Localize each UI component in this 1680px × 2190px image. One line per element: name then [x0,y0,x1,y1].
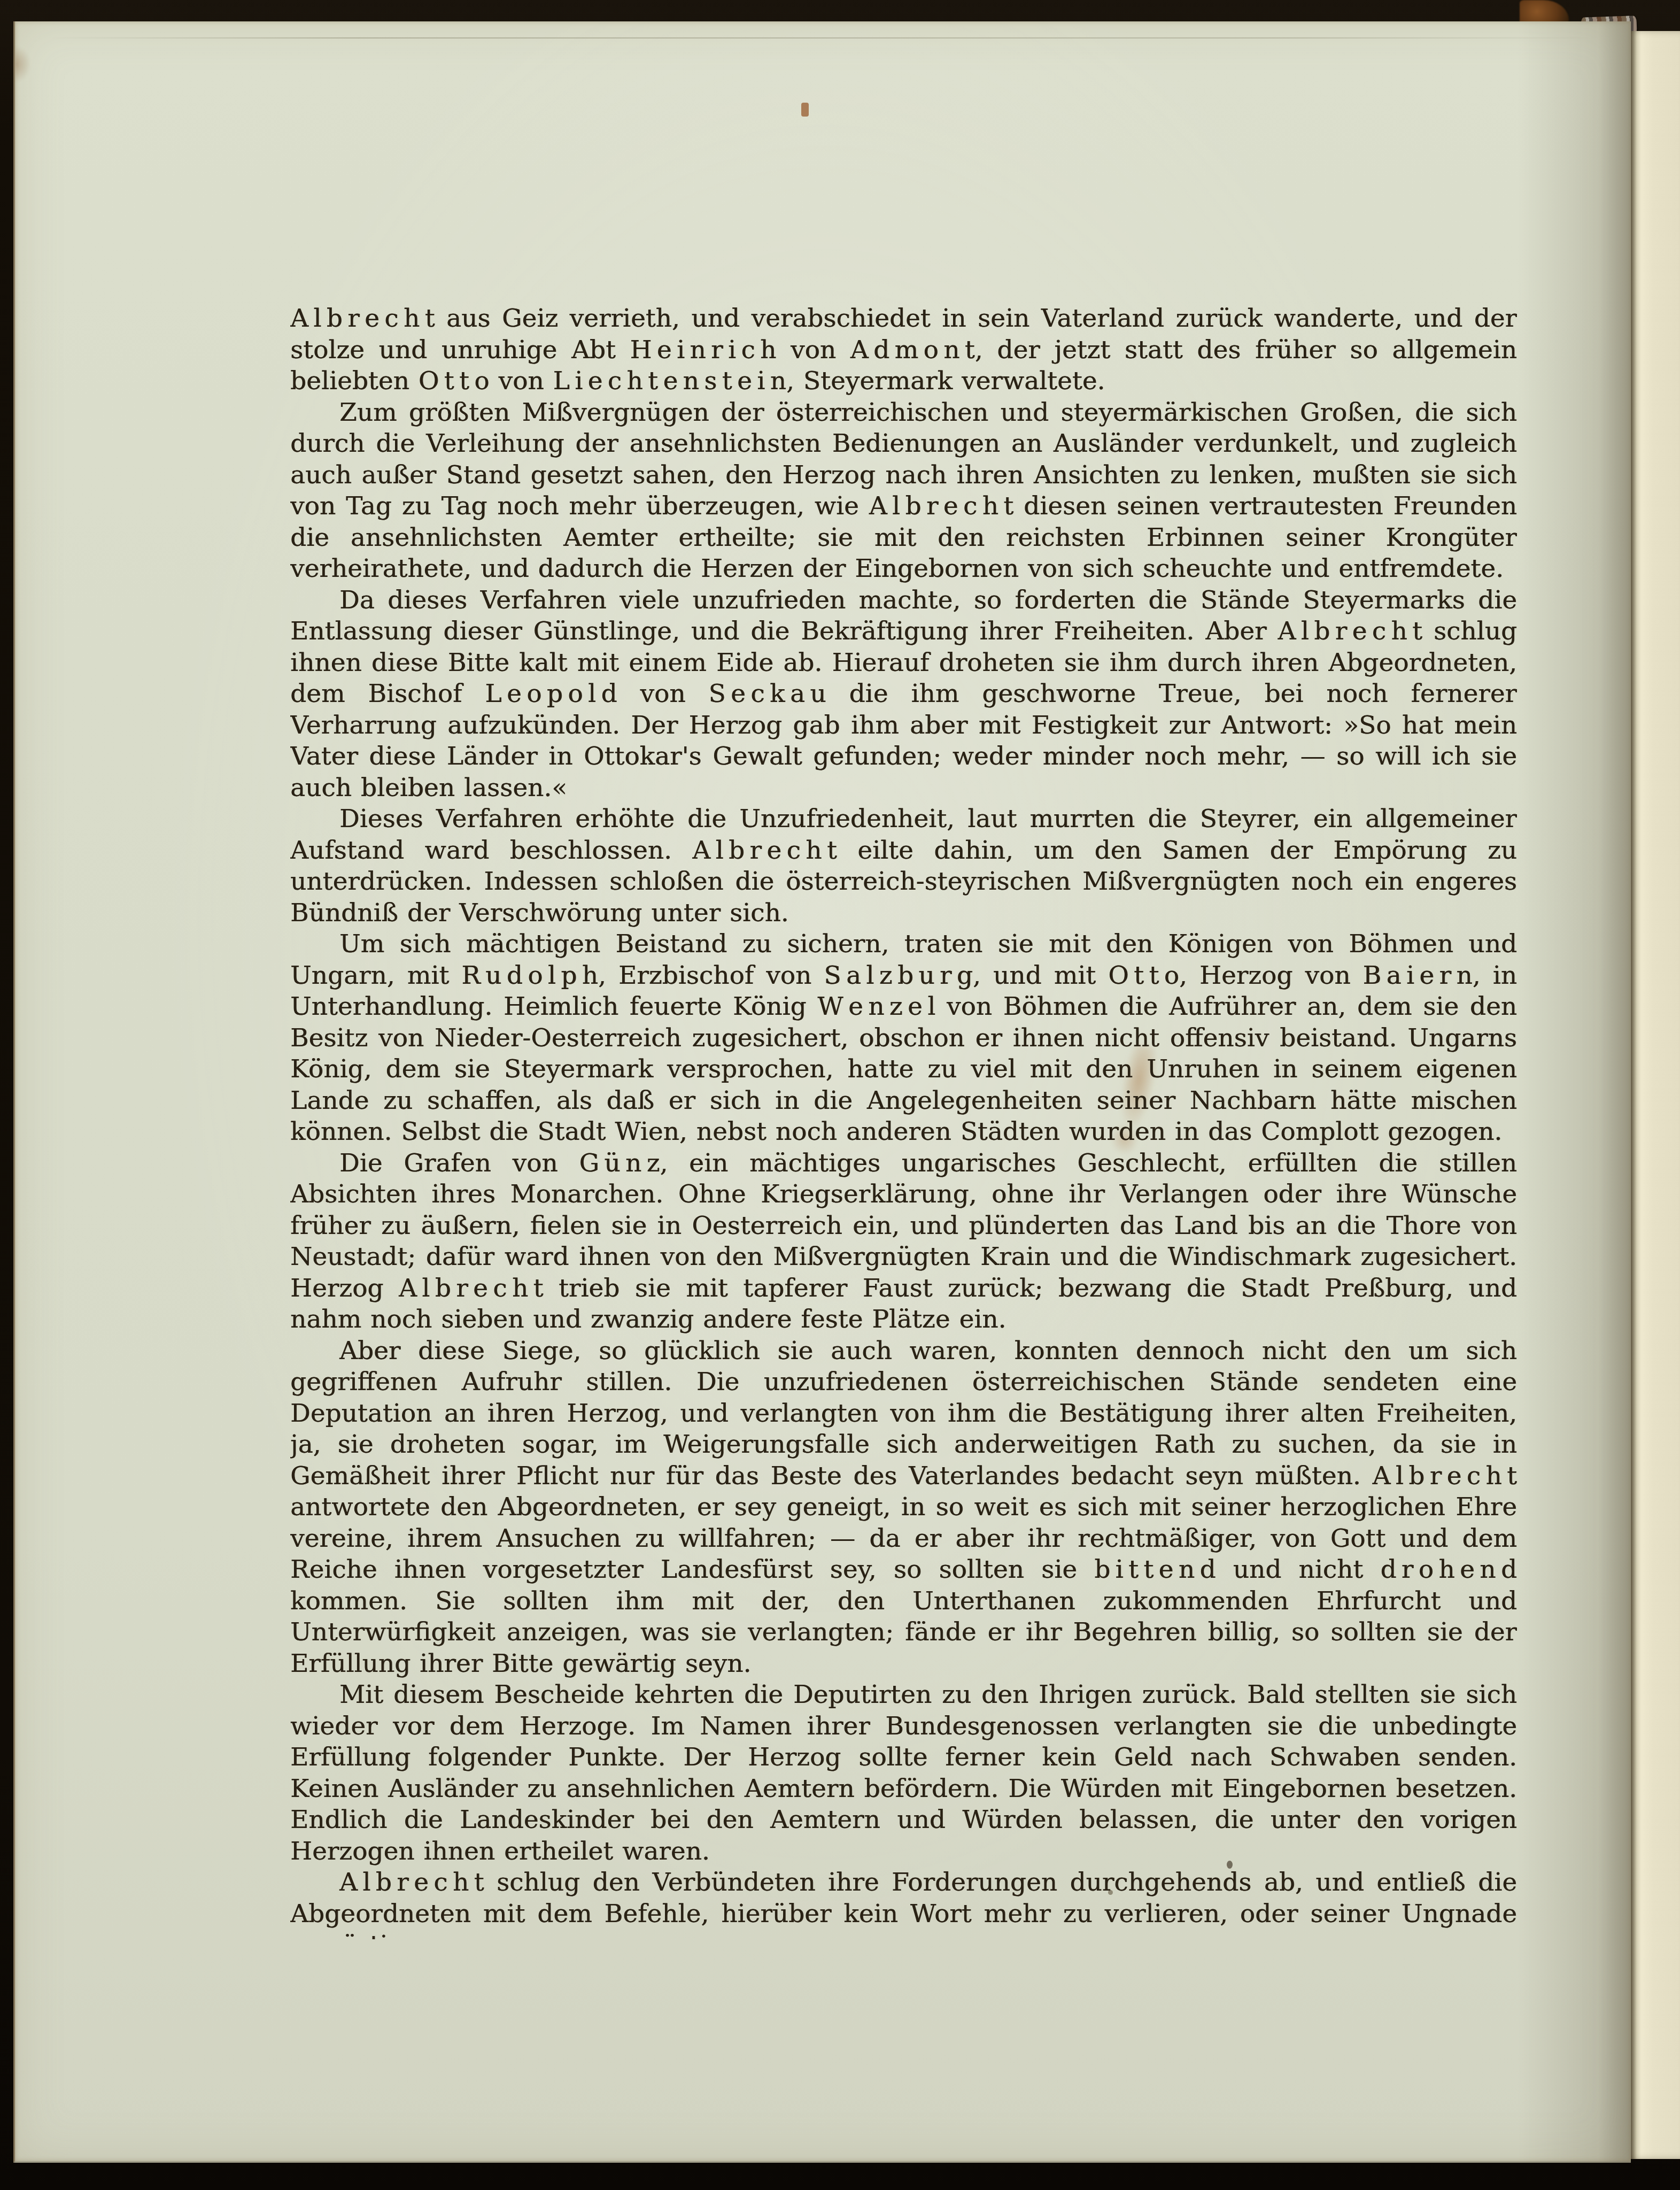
edge-smudge [15,47,30,81]
paper-speck [801,103,809,117]
paragraph: Mit diesem Bescheide kehrten die Deputir… [290,1679,1517,1867]
book-scan-photo: { "document": { "paragraphs": [ { "text"… [0,0,1680,2190]
paper-crease [47,37,1598,38]
paragraph: A l b r e c h t aus Geiz verrieth, und v… [290,303,1517,397]
paragraph: Dieses Verfahren erhöhte die Unzufrieden… [290,804,1517,929]
book-page: A l b r e c h t aus Geiz verrieth, und v… [13,21,1631,2163]
paragraph: Um sich mächtigen Beistand zu sichern, t… [290,929,1517,1148]
paragraph: Die Grafen von G ü n z, ein mächtiges un… [290,1148,1517,1336]
paragraph: Aber diese Siege, so glücklich sie auch … [290,1336,1517,1680]
paragraph: A l b r e c h t schlug den Verbündeten i… [290,1867,1517,1939]
paragraph: Da dieses Verfahren viele unzufrieden ma… [290,585,1517,804]
adjacent-page-edge [1629,31,1680,2159]
printed-text-block: A l b r e c h t aus Geiz verrieth, und v… [290,303,1517,1939]
paragraph: Zum größten Mißvergnügen der österreichi… [290,397,1517,585]
